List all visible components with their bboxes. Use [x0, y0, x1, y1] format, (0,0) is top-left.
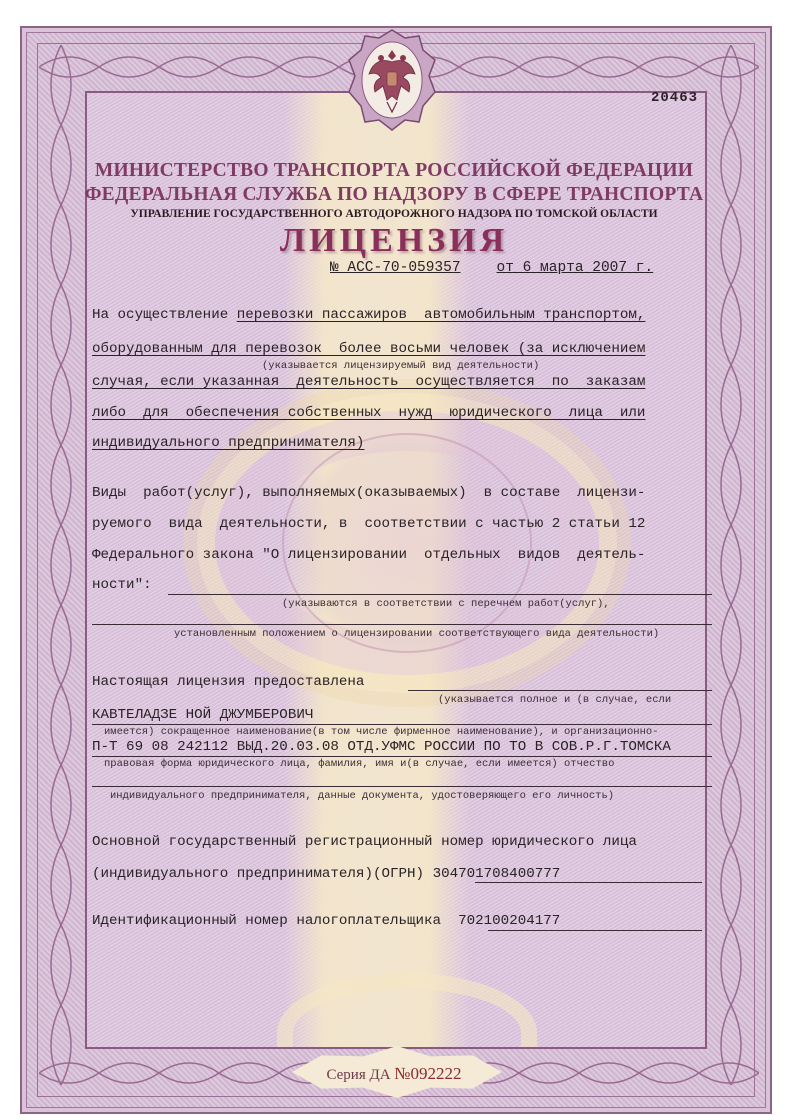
granted-hint-2: имеется) сокращенное наименование(в том …	[104, 726, 659, 738]
service-heading: ФЕДЕРАЛЬНАЯ СЛУЖБА ПО НАДЗОРУ В СФЕРЕ ТР…	[0, 184, 788, 206]
inn-rule	[488, 930, 702, 931]
granted-hint-1: (указывается полное и (в случае, если	[438, 694, 671, 706]
license-title: ЛИЦЕНЗИЯ	[0, 222, 788, 260]
activity-line-3: случая, если указанная деятельность осущ…	[92, 374, 712, 390]
ogrn-label-2: (индивидуального предпринимателя)(ОГРН)	[92, 866, 433, 882]
works-hint-1: (указываются в соответствии с перечнем р…	[282, 598, 610, 610]
activity-text-1: перевозки пассажиров автомобильным транс…	[237, 307, 646, 323]
activity-hint: (указывается лицензируемый вид деятельно…	[262, 360, 539, 372]
inn-label: Идентификационный номер налогоплательщик…	[92, 913, 458, 929]
works-line-1: Виды работ(услуг), выполняемых(оказываем…	[92, 485, 712, 501]
activity-line-5: индивидуального предпринимателя)	[92, 435, 712, 451]
holder-passport: П-Т 69 08 242112 ВЫД.20.03.08 ОТД.УФМС Р…	[92, 739, 752, 755]
ogrn-label-1: Основной государственный регистрационный…	[92, 834, 712, 850]
license-number-line: № АСС-70-059357от 6 марта 2007 г.	[330, 260, 653, 276]
holder-blank-rule	[92, 786, 712, 787]
activity-line-4: либо для обеспечения собственных нужд юр…	[92, 405, 712, 421]
top-serial-number: 20463	[651, 90, 698, 106]
granted-hint-4: индивидуального предпринимателя, данные …	[110, 790, 614, 802]
license-date: от 6 марта 2007 г.	[497, 260, 654, 276]
activity-line-1: На осуществление перевозки пассажиров ав…	[92, 307, 712, 323]
works-blank-rule-1	[168, 594, 712, 595]
double-headed-eagle-emblem	[347, 28, 437, 132]
inn-line: Идентификационный номер налогоплательщик…	[92, 913, 712, 929]
holder-passport-rule	[92, 756, 712, 757]
ogrn-line-2: (индивидуального предпринимателя)(ОГРН) …	[92, 866, 712, 882]
works-hint-2: установленным положением о лицензировани…	[174, 628, 659, 640]
series-number: Серия ДА №092222	[0, 1064, 788, 1084]
holder-name: КАВТЕЛАДЗЕ НОЙ ДЖУМБЕРОВИЧ	[92, 707, 712, 723]
rosette-core	[282, 433, 532, 653]
series-no: №092222	[394, 1064, 461, 1083]
ogrn-rule	[475, 882, 702, 883]
works-line-3: Федерального закона "О лицензировании от…	[92, 547, 712, 563]
works-line-4: ности":	[92, 577, 712, 593]
license-number: № АСС-70-059357	[330, 260, 461, 276]
inn-value: 702100204177	[458, 913, 560, 929]
granted-blank-rule	[408, 690, 712, 691]
granted-label: Настоящая лицензия предоставлена	[92, 674, 712, 690]
holder-name-rule	[92, 724, 712, 725]
activity-line-2: оборудованным для перевозок более восьми…	[92, 341, 712, 357]
activity-prefix: На осуществление	[92, 307, 237, 323]
works-line-2: руемого вида деятельности, в соответстви…	[92, 516, 712, 532]
ogrn-value: 304701708400777	[433, 866, 561, 882]
series-label: Серия ДА	[326, 1067, 394, 1083]
granted-hint-3: правовая форма юридического лица, фамили…	[104, 758, 614, 770]
department-heading: УПРАВЛЕНИЕ ГОСУДАРСТВЕННОГО АВТОДОРОЖНОГ…	[0, 208, 788, 220]
ministry-heading: МИНИСТЕРСТВО ТРАНСПОРТА РОССИЙСКОЙ ФЕДЕР…	[0, 160, 788, 182]
works-blank-rule-2	[92, 624, 712, 625]
